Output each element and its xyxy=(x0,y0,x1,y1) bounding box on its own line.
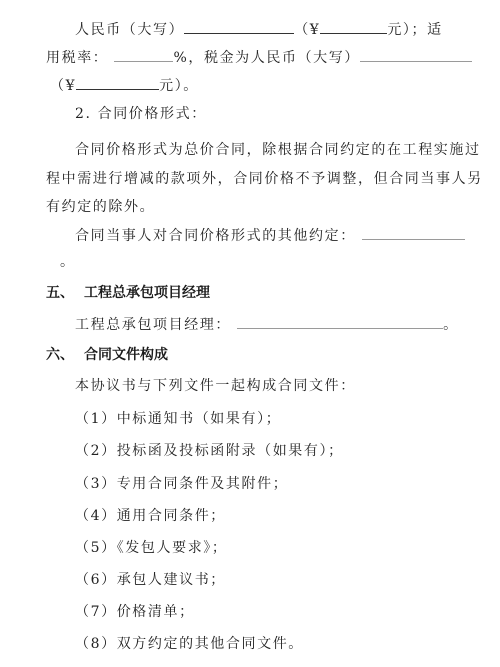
other-agreement-field[interactable] xyxy=(362,226,465,240)
doc-list-item-3: （3）专用合同条件及其附件； xyxy=(75,475,288,493)
other-agreement-line: 合同当事人对合同价格形式的其他约定： xyxy=(75,226,465,245)
tax-rate-field[interactable] xyxy=(114,48,173,62)
section-2-para-line-1: 合同价格形式为总价合同，除根据合同约定的在工程实施过 xyxy=(75,141,481,159)
yuan-amount-field[interactable] xyxy=(320,20,387,34)
section-6-title: 合同文件构成 xyxy=(84,347,168,363)
doc-list-item-2: （2）投标函及投标函附录（如果有）； xyxy=(75,442,344,460)
section-6-intro: 本协议书与下列文件一起构成合同文件： xyxy=(75,377,356,395)
doc-list-item-1: （1）中标通知书（如果有）； xyxy=(75,410,281,428)
tax-rate-label: 用税率： xyxy=(46,50,108,66)
tax-yuan-label: （¥ xyxy=(50,78,76,94)
doc-list-item-5: （5）《发包人要求》； xyxy=(75,539,228,557)
price-line-2: 用税率： %，税金为人民币（大写） xyxy=(46,48,472,67)
section-2-title: 2. 合同价格形式： xyxy=(75,105,207,123)
doc-list-item-7: （7）价格清单； xyxy=(75,603,195,621)
rmb-uppercase-field[interactable] xyxy=(184,20,294,34)
section-5-title: 工程总承包项目经理 xyxy=(84,285,210,301)
tax-uppercase-field[interactable] xyxy=(360,48,472,62)
price-line-1: 人民币（大写）（¥元）；适 xyxy=(75,20,443,39)
yuan-amount-label: （¥ xyxy=(294,22,320,38)
doc-list-item-6: （6）承包人建议书； xyxy=(75,571,226,589)
tax-yuan-suffix: 元）。 xyxy=(159,78,199,94)
project-manager-label: 工程总承包项目经理： xyxy=(75,317,231,333)
section-2-para-line-2: 程中需进行增减的款项外，合同价格不予调整，但合同当事人另 xyxy=(46,170,483,188)
section-5-number: 五、 xyxy=(46,284,84,302)
other-agreement-label: 合同当事人对合同价格形式的其他约定： xyxy=(75,228,356,244)
doc-list-item-4: （4）通用合同条件； xyxy=(75,507,226,525)
section-5-heading: 五、工程总承包项目经理 xyxy=(46,284,210,302)
section-6-number: 六、 xyxy=(46,346,84,364)
tax-amount-label: %，税金为人民币（大写） xyxy=(173,50,360,66)
tax-yuan-field[interactable] xyxy=(76,76,159,90)
rmb-uppercase-label: 人民币（大写） xyxy=(75,22,184,38)
project-manager-end: 。 xyxy=(443,317,459,333)
project-manager-field[interactable] xyxy=(237,315,443,329)
project-manager-line: 工程总承包项目经理： 。 xyxy=(75,315,459,334)
section-2-para-line-3: 有约定的除外。 xyxy=(46,198,155,216)
price-line-3: （¥元）。 xyxy=(50,76,199,95)
section-6-heading: 六、合同文件构成 xyxy=(46,346,168,364)
yuan-suffix: 元）；适 xyxy=(387,22,442,38)
doc-list-item-8: （8）双方约定的其他合同文件。 xyxy=(75,635,304,653)
other-agreement-end: 。 xyxy=(60,253,76,271)
